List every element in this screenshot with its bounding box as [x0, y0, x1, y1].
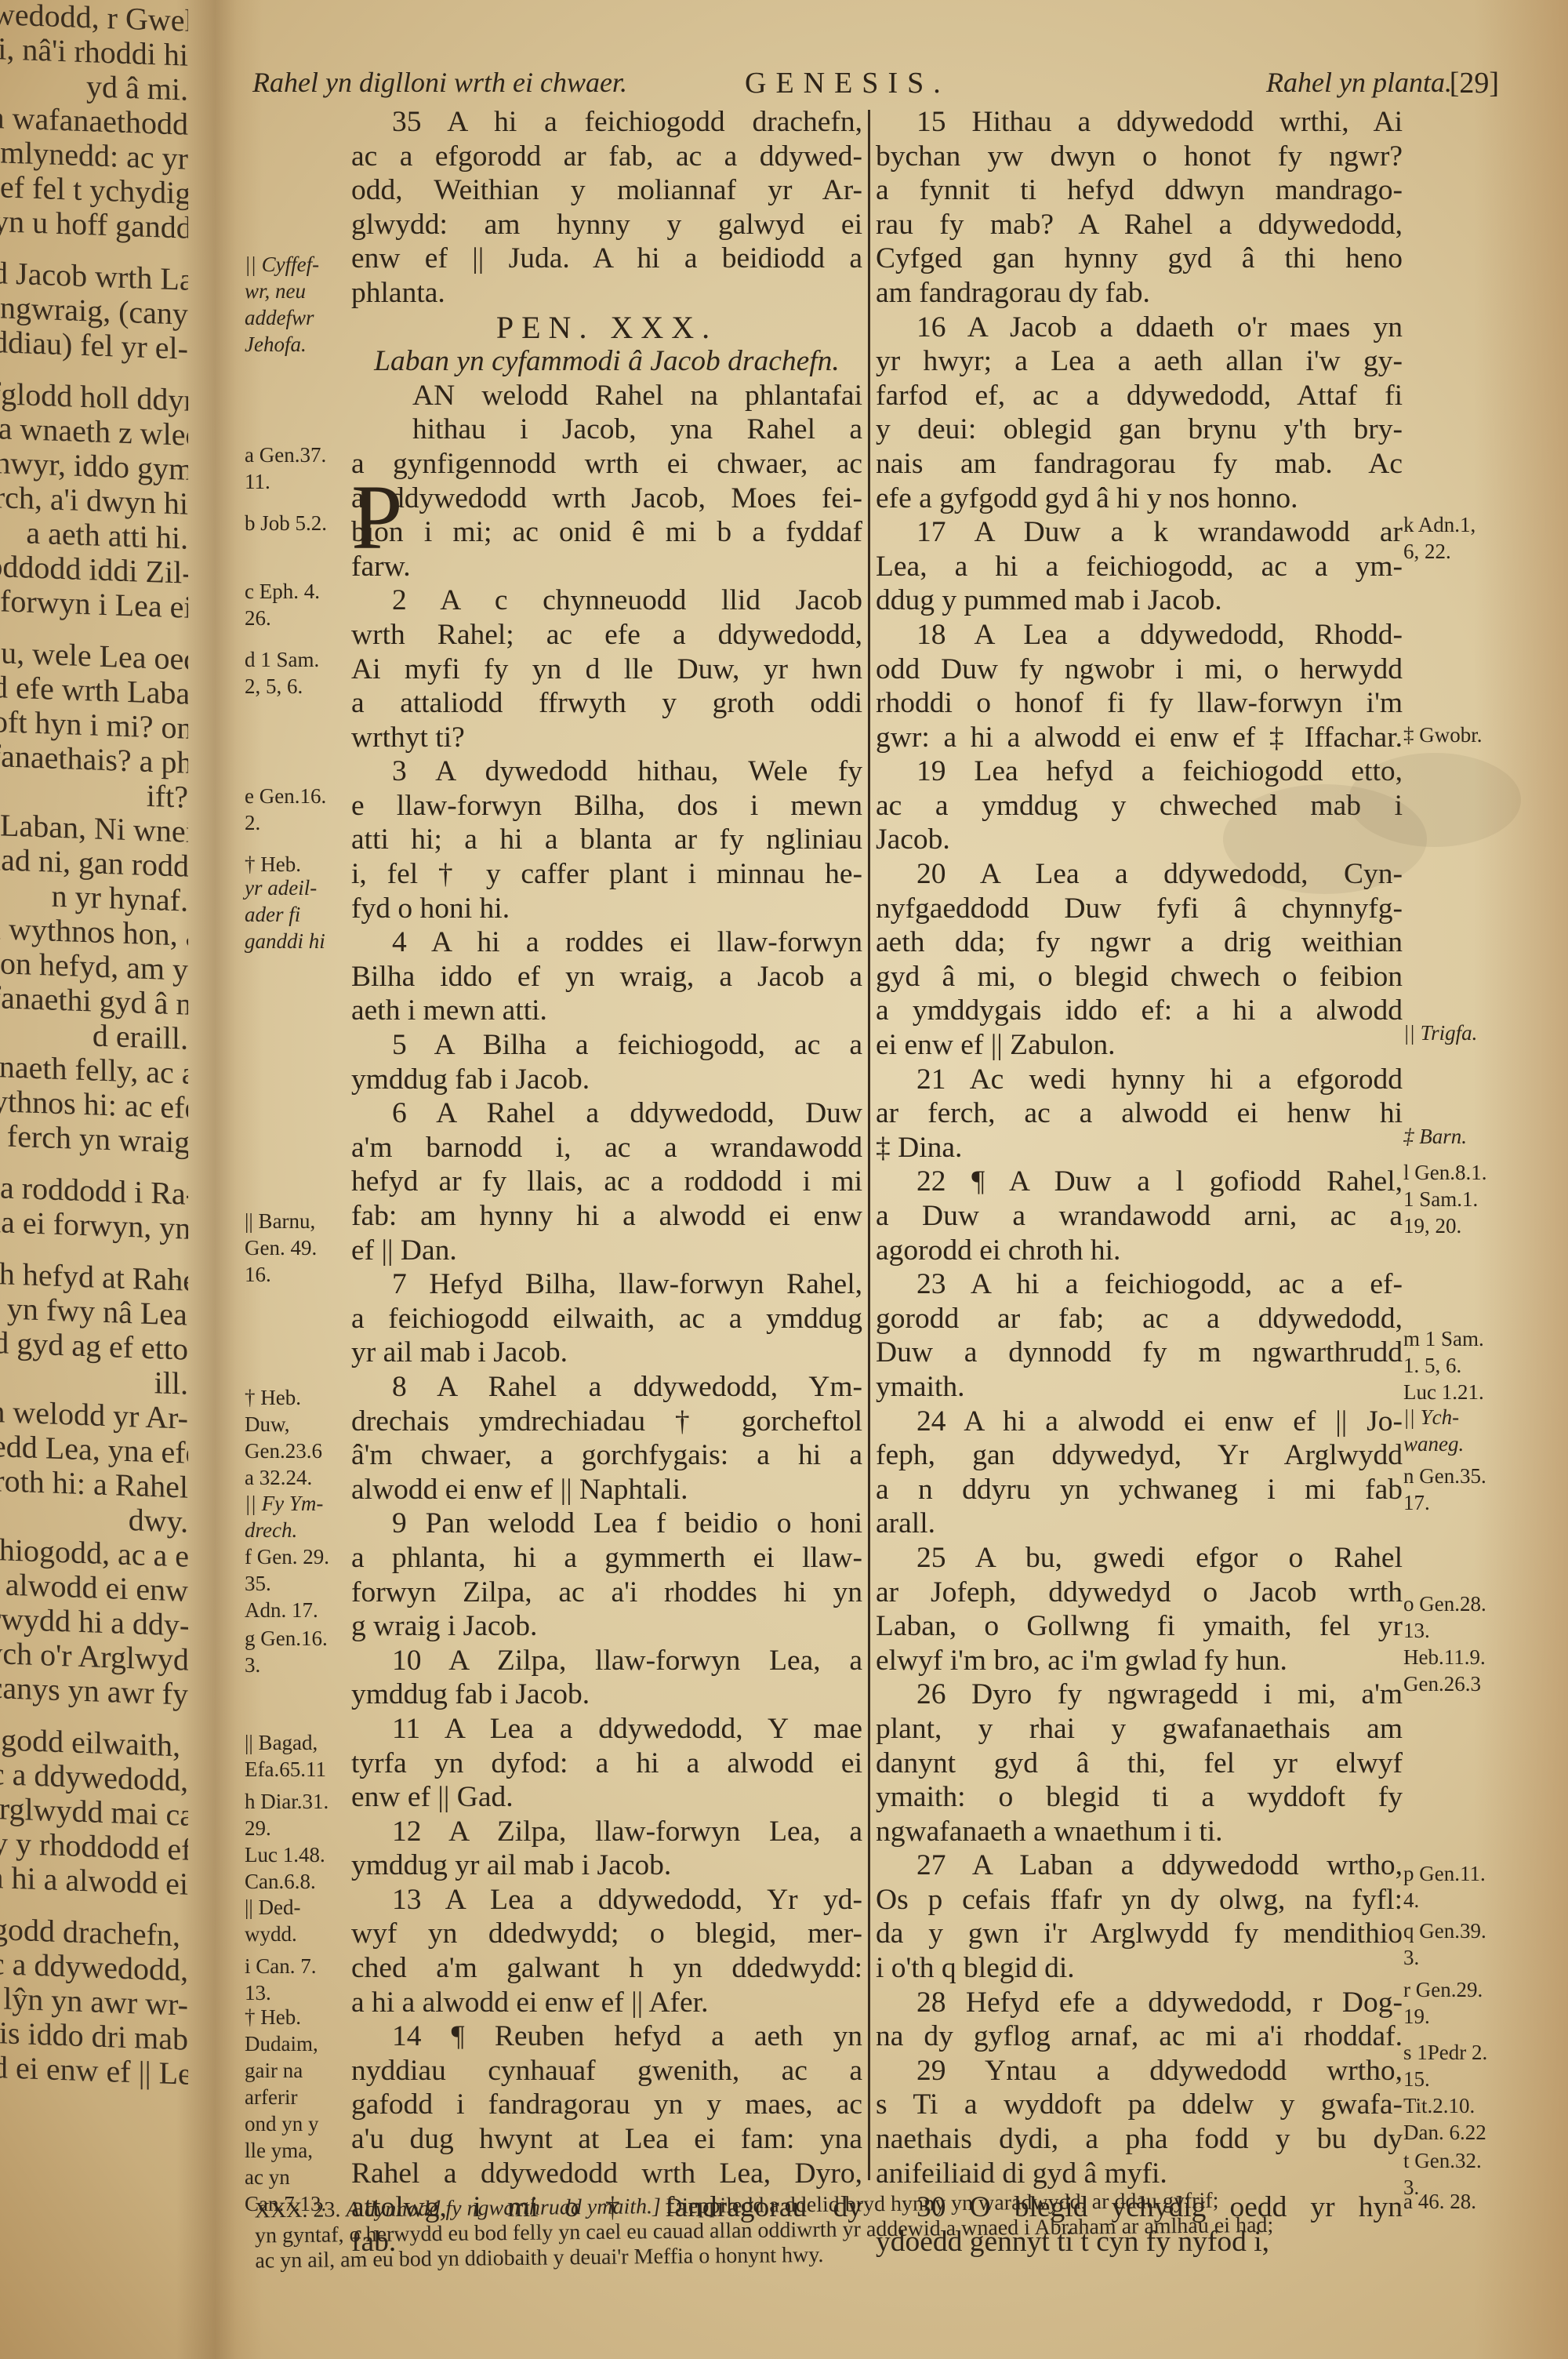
verse-line: 3 A dywedodd hithau, Wele fy — [351, 754, 862, 789]
verse-line: â'm chwaer, a gorchfygais: a hi a — [351, 1438, 862, 1473]
verse-line: ac a efgorodd ar fab, ac a ddywed- — [351, 140, 862, 174]
verso-page-fragment: ywedodd, r Gwellti, nâ'i rhoddi hiyd â m… — [0, 0, 188, 2359]
verse-line: efe a gyfgodd gyd â hi y nos honno. — [876, 482, 1403, 516]
page-edge-shadow — [1474, 0, 1568, 2359]
verse-line: a attaliodd ffrwyth y groth oddi — [351, 686, 862, 721]
verse-line: anifeiliaid di gyd â myfi. — [876, 2157, 1403, 2191]
footnote-lemma: A dynnodd fy ngwarthrudd ymaith.] — [346, 2194, 661, 2222]
margin-note: † Heb.Duw,Gen.23.6a 32.24. — [245, 1384, 322, 1491]
verso-line: hroth hi: a Rahel — [0, 1463, 188, 1504]
verse-line: a n ddyru yn ychwaneg i mi fab — [876, 1473, 1403, 1507]
margin-note: g Gen.16.3. — [245, 1625, 328, 1678]
margin-note-line: ond yn y — [245, 2110, 326, 2137]
verse-line: Lea, a hi a feichiogodd, ac a ym- — [876, 550, 1403, 584]
verse-line: yr hwyr; a Lea a aeth allan i'w gy- — [876, 344, 1403, 379]
margin-note: m 1 Sam.1. 5, 6.Luc 1.21. — [1403, 1325, 1484, 1405]
margin-note: † Heb. — [245, 851, 301, 878]
margin-note-line: Jehofa. — [245, 331, 319, 358]
verse-line: s Ti a wyddoft pa ddelw y gwafa- — [876, 2088, 1403, 2122]
margin-note-line: gair na — [245, 2057, 326, 2084]
margin-note: || Ych-waneg. — [1403, 1404, 1464, 1457]
margin-note-line: Dudaim, — [245, 2030, 326, 2057]
verse-line: y deui: oblegid gan brynu y'th bry- — [876, 413, 1403, 447]
verse-line: ymaith. — [876, 1370, 1403, 1405]
verse-line: 13 A Lea a ddywedodd, Yr yd- — [351, 1883, 862, 1917]
margin-note-line: ‡ Barn. — [1403, 1123, 1467, 1150]
margin-note-line: Dan. 6.22 — [1403, 2119, 1487, 2146]
verse-line: ei enw ef || Zabulon. — [876, 1028, 1403, 1063]
margin-note-line: a Gen.37. — [245, 442, 326, 468]
verse-line: nyfgaeddodd Duw fyfi â chynnyfg- — [876, 892, 1403, 926]
margin-note-line: h Diar.31. — [245, 1788, 328, 1815]
margin-note-line: || Bagad, — [245, 1729, 326, 1756]
verse-line: 22 ¶ A Duw a l gofiodd Rahel, — [876, 1165, 1403, 1199]
verse-line: a ddywedodd wrth Jacob, Moes fei- — [351, 482, 862, 516]
verse-line: e llaw-forwyn Bilha, dos i mewn — [351, 789, 862, 823]
text-column-2: 15 Hithau a ddywedodd wrthi, Aibychan yw… — [876, 105, 1403, 2259]
verse-line: alwodd ei enw ef || Naphtali. — [351, 1473, 862, 1507]
margin-note: f Gen. 29.35.Adn. 17. — [245, 1543, 329, 1623]
verse-line: arall. — [876, 1507, 1403, 1541]
margin-note: n Gen.35.17. — [1403, 1463, 1486, 1516]
margin-note-line: || Fy Ym- — [245, 1490, 323, 1517]
margin-note-line: 16. — [245, 1261, 317, 1288]
margin-note-line: 17. — [1403, 1489, 1486, 1516]
verse-line: phlanta. — [351, 276, 862, 311]
verse-line: gafodd i fandragorau yn y maes, ac — [351, 2088, 862, 2122]
verse-line: a feichiogodd eilwaith, ac a ymddug — [351, 1302, 862, 1336]
verse-line: ar Jofeph, ddywedyd o Jacob wrth — [876, 1576, 1403, 1610]
running-head: Rahel yn diglloni wrth ei chwaer. GENESI… — [252, 66, 1499, 105]
verso-line: b forwyn i Lea ei — [0, 583, 188, 624]
margin-note-line: f Gen. 29. — [245, 1543, 329, 1570]
verse-line: ymddug fab i Jacob. — [351, 1677, 862, 1712]
verse-line: ef || Dan. — [351, 1234, 862, 1268]
verse-line: bion i mi; ac onid ê mi b a fyddaf — [351, 515, 862, 550]
verse-line: i, fel † y caffer plant i minnau he- — [351, 857, 862, 892]
margin-note: h Diar.31.29.Luc 1.48.Can.6.8. — [245, 1788, 328, 1895]
margin-note-line: 4. — [1403, 1887, 1486, 1914]
verse-line: a'm barnodd i, ac a wrandawodd — [351, 1131, 862, 1165]
verse-line: 4 A hi a roddes ei llaw-forwyn — [351, 925, 862, 960]
margin-note-line: e Gen.16. — [245, 783, 326, 809]
margin-note-line: † Heb. — [245, 851, 301, 878]
margin-note: || Cyffef-wr, neuaddefwrJehofa. — [245, 251, 319, 358]
verse-line: gorodd ar fab; ac a ddywedodd, — [876, 1302, 1403, 1336]
margin-note-line: p Gen.11. — [1403, 1860, 1486, 1887]
margin-note-line: 1. 5, 6. — [1403, 1352, 1484, 1379]
margin-note: || Trigfa. — [1403, 1020, 1477, 1046]
margin-note-line: 2. — [245, 809, 326, 836]
verse-line: gwr: a hi a alwodd ei enw ef ‡ Iffachar. — [876, 721, 1403, 755]
margin-note-line: 2, 5, 6. — [245, 673, 319, 700]
drop-cap: P — [351, 478, 403, 557]
paper-stain — [1223, 784, 1427, 894]
verse-line: 5 A Bilha a feichiogodd, ac a — [351, 1028, 862, 1063]
verse-line: gyd â mi, o blegid chwech o feibion — [876, 960, 1403, 994]
verse-line: 35 A hi a feichiogodd drachefn, — [351, 105, 862, 140]
margin-note: p Gen.11.4. — [1403, 1860, 1486, 1914]
margin-note-line: † Heb. — [245, 2004, 326, 2030]
margin-note-line: || Cyffef- — [245, 251, 319, 278]
margin-note-line: waneg. — [1403, 1430, 1464, 1457]
verse-line: i o'th q blegid di. — [876, 1951, 1403, 1986]
margin-note-line: s 1Pedr 2. — [1403, 2039, 1487, 2066]
verse-line: enw ef || Gad. — [351, 1780, 862, 1815]
verse-line: odd, Weithian y moliannaf yr Ar- — [351, 173, 862, 208]
margin-note: || Ded-wydd. — [245, 1894, 301, 1947]
verse-line: naethais dydi, a pha fodd y bu dy — [876, 2122, 1403, 2157]
verse-line: 6 A Rahel a ddywedodd, Duw — [351, 1096, 862, 1131]
verse-line: farfod ef, ac a ddywedodd, Attaf fi — [876, 379, 1403, 413]
running-head-book-title: GENESIS. — [745, 66, 950, 100]
verse-line: 25 A bu, gwedi efgor o Rahel — [876, 1541, 1403, 1576]
margin-note-line: 13. — [1403, 1617, 1486, 1644]
verse-line: agorodd ei chroth hi. — [876, 1234, 1403, 1268]
verse-line: rau fy mab? A Rahel a ddywedodd, — [876, 208, 1403, 242]
verse-line: plant, y rhai y gwafanaethais am — [876, 1712, 1403, 1747]
margin-note-line: Gen. 49. — [245, 1234, 317, 1261]
verse-line: am fandragorau dy fab. — [876, 276, 1403, 311]
verse-line: ngwafanaeth a wnaethum i ti. — [876, 1815, 1403, 1849]
margin-note-line: wydd. — [245, 1921, 301, 1947]
verse-line: a phlanta, hi a gymmerth ei llaw- — [351, 1541, 862, 1576]
verso-line: afanaethi gyd â mi — [0, 980, 188, 1021]
margin-note-line: Luc 1.21. — [1403, 1379, 1484, 1405]
verso-line: afanaethais? a pha — [0, 738, 188, 780]
verse-line: elwyf i'm bro, ac i'm gwlad fy hun. — [876, 1644, 1403, 1678]
margin-note-line: b Job 5.2. — [245, 510, 327, 536]
verse-line: atti hi; a hi a blanta ar fy ngliniau — [351, 823, 862, 857]
margin-note-line: a 32.24. — [245, 1464, 322, 1491]
margin-note-line: 26. — [245, 605, 320, 631]
verse-line: glwydd: am hynny y galwyd ei — [351, 208, 862, 242]
margin-note-line: Heb.11.9. — [1403, 1644, 1486, 1670]
margin-note-line: r Gen.29. — [1403, 1976, 1483, 2003]
verse-line: ‡ Dina. — [876, 1131, 1403, 1165]
verse-line: 11 A Lea a ddywedodd, Y mae — [351, 1712, 862, 1747]
margin-note: † Heb.Dudaim,gair naarferirond yn ylle y… — [245, 2004, 326, 2217]
margin-note-line: † Heb. — [245, 1384, 322, 1411]
verso-line: dd gyd ag ef etto — [0, 1325, 188, 1366]
margin-note-line: || Barnu, — [245, 1208, 317, 1234]
verse-line: 2 A c chynneuodd llid Jacob — [351, 583, 862, 618]
verso-line: canys yn awr fy — [0, 1670, 188, 1711]
verse-line: Laban, o Gollwng fi ymaith, fel yr — [876, 1609, 1403, 1644]
margin-note-line: t Gen.32. — [1403, 2147, 1482, 2174]
margin-note-line: c Eph. 4. — [245, 578, 320, 605]
verse-line: farw. — [351, 550, 862, 584]
margin-note-line: ac yn — [245, 2164, 326, 2190]
verso-line: yddiau) fel yr el- — [0, 324, 188, 365]
margin-note-line: || Ded- — [245, 1894, 301, 1921]
verse-line: hefyd ar fy llais, ac a roddodd i mi — [351, 1165, 862, 1199]
margin-note-line: Gen.26.3 — [1403, 1670, 1486, 1697]
running-head-left: Rahel yn diglloni wrth ei chwaer. — [252, 66, 627, 99]
verse-line: enw ef || Juda. A hi a beidiodd a — [351, 242, 862, 276]
verse-line: 7 Hefyd Bilha, llaw-forwyn Rahel, — [351, 1267, 862, 1302]
verse-line: Rahel a ddywedodd wrth Lea, Dyro, — [351, 2157, 862, 2191]
margin-note: l Gen.8.1.1 Sam.1.19, 20. — [1403, 1159, 1486, 1239]
margin-note-line: m 1 Sam. — [1403, 1325, 1484, 1352]
margin-note-line: 35. — [245, 1570, 329, 1597]
margin-note: b Job 5.2. — [245, 510, 327, 536]
verse-line: a ymddygais iddo ef: a hi a alwodd — [876, 994, 1403, 1028]
margin-note-line: addefwr — [245, 304, 319, 331]
margin-note-line: Adn. 17. — [245, 1597, 329, 1623]
margin-note-line: i Can. 7. — [245, 1953, 317, 1979]
margin-note-line: 3. — [1403, 1944, 1486, 1971]
verso-line: a hi a alwodd ei — [0, 1859, 188, 1901]
verse-line: 17 A Duw a k wrandawodd ar — [876, 515, 1403, 550]
chapter-summary: Laban yn cyfammodi â Jacob drachefn. — [351, 344, 862, 379]
verse-line: feph, gan ddywedyd, Yr Arglwydd — [876, 1438, 1403, 1473]
verse-line: a'u dug hwynt at Lea ei fam: yna — [351, 2122, 862, 2157]
margin-note-line: 13. — [245, 1979, 317, 2006]
verse-line: Bilha iddo ef yn wraig, a Jacob a — [351, 960, 862, 994]
margin-note-line: 19. — [1403, 2003, 1483, 2030]
margin-note-line: Tit.2.10. — [1403, 2092, 1487, 2119]
margin-note-line: lle yma, — [245, 2137, 326, 2164]
verse-line: nyddiau cynhauaf gwenith, ac a — [351, 2054, 862, 2088]
margin-note-line: o Gen.28. — [1403, 1590, 1486, 1617]
margin-note-line: || Ych- — [1403, 1404, 1464, 1430]
verse-line: 29 Yntau a ddywedodd wrtho, — [876, 2054, 1403, 2088]
verse-line: ar ferch, ac a alwodd ei henw hi — [876, 1096, 1403, 1131]
verso-line: lha ei forwyn, yn — [0, 1204, 188, 1245]
margin-note-line: q Gen.39. — [1403, 1917, 1486, 1944]
verse-line: a hi a alwodd ei enw ef || Afer. — [351, 1986, 862, 2020]
verse-line: aeth dda; fy ngwr a drig weithian — [876, 925, 1403, 960]
verse-line: odd Duw fy ngwobr i mi, o herwydd — [876, 652, 1403, 687]
margin-note-line: ader fi — [245, 901, 325, 928]
margin-note-line: ‡ Gwobr. — [1403, 722, 1483, 748]
verse-line: ymaith: o blegid ti a wyddoft fy — [876, 1780, 1403, 1815]
verse-line: hithau i Jacob, yna Rahel a — [351, 413, 862, 447]
verso-line: ti, nâ'i rhoddi hi — [0, 31, 188, 72]
margin-note-line: n Gen.35. — [1403, 1463, 1486, 1489]
verso-line: l yn u hoff ganddo — [0, 203, 188, 245]
verse-line: wrthyt ti? — [351, 721, 862, 755]
margin-note: c Eph. 4.26. — [245, 578, 320, 631]
verse-line: ddug y pummed mab i Jacob. — [876, 583, 1403, 618]
margin-note: ‡ Barn. — [1403, 1123, 1467, 1150]
verse-line: a Duw a wrandawodd arni, ac a — [876, 1199, 1403, 1234]
verse-line: ymddug fab i Jacob. — [351, 1063, 862, 1097]
verse-line: a fynnit ti hefyd ddwyn mandrago- — [876, 173, 1403, 208]
margin-note-line: ganddi hi — [245, 928, 325, 954]
running-head-right: Rahel yn planta. — [1266, 66, 1452, 99]
verse-line: danynt gyd â thi, fel yr elwyf — [876, 1747, 1403, 1781]
verse-line: 12 A Zilpa, llaw-forwyn Lea, a — [351, 1815, 862, 1849]
margin-note-line: arferir — [245, 2084, 326, 2110]
margin-note: yr adeil-ader figanddi hi — [245, 874, 325, 954]
verse-line: 28 Hefyd efe a ddywedodd, r Dog- — [876, 1986, 1403, 2020]
verse-line: tyrfa yn dyfod: a hi a alwodd ei — [351, 1747, 862, 1781]
margin-note: d 1 Sam.2, 5, 6. — [245, 646, 319, 700]
margin-note-line: 1 Sam.1. — [1403, 1186, 1486, 1212]
margin-note: a Gen.37.11. — [245, 442, 326, 495]
verse-line: Os p cefais ffafr yn dy olwg, na fyfl: — [876, 1883, 1403, 1917]
verse-line: wyf yn ddedwydd; o blegid, mer- — [351, 1917, 862, 1951]
verse-line: fyd o honi hi. — [351, 892, 862, 926]
verse-line: da y gwn i'r Arglwydd fy mendithio — [876, 1917, 1403, 1951]
margin-note-line: g Gen.16. — [245, 1625, 328, 1652]
margin-note-line: 19, 20. — [1403, 1212, 1486, 1239]
verse-line: 8 A Rahel a ddywedodd, Ym- — [351, 1370, 862, 1405]
verse-line: Cyfged gan hynny gyd â thi heno — [876, 242, 1403, 276]
verse-line: fab: am hynny hi a alwodd ei enw — [351, 1199, 862, 1234]
verso-line: vlad ni, gan roddi — [0, 841, 188, 883]
verse-line: 23 A hi a feichiogodd, ac a ef- — [876, 1267, 1403, 1302]
chapter-title: PEN. XXX. — [351, 311, 862, 345]
verse-line: 21 Ac wedi hynny hi a efgorodd — [876, 1063, 1403, 1097]
margin-note: q Gen.39.3. — [1403, 1917, 1486, 1971]
verso-line: yd ei enw ef || Lefi. — [0, 2049, 188, 2091]
verse-line: bychan yw dwyn o honot fy ngwr? — [876, 140, 1403, 174]
margin-note-line: || Trigfa. — [1403, 1020, 1477, 1046]
verse-line: Ai myfi fy yn d lle Duw, yr hwn — [351, 652, 862, 687]
verse-line: 10 A Zilpa, llaw-forwyn Lea, a — [351, 1644, 862, 1678]
margin-note-line: 6, 22. — [1403, 538, 1475, 565]
verse-line: a gynfigennodd wrth ei chwaer, ac — [351, 447, 862, 482]
margin-note: e Gen.16.2. — [245, 783, 326, 836]
margin-note-line: Efa.65.11 — [245, 1756, 326, 1783]
verse-line: 16 A Jacob a ddaeth o'r maes yn — [876, 311, 1403, 345]
verse-line: 9 Pan welodd Lea f beidio o honi — [351, 1507, 862, 1541]
verse-line: Duw a dynnodd fy m ngwarthrudd — [876, 1336, 1403, 1370]
verse-line: nais am fandragorau fy mab. Ac — [876, 447, 1403, 482]
margin-note-line: Gen.23.6 — [245, 1438, 322, 1464]
text-column-1: 35 A hi a feichiogodd drachefn,ac a efgo… — [351, 105, 862, 2259]
margin-note-line: 3. — [245, 1652, 328, 1678]
footnote: XXX. 23. A dynnodd fy ngwarthrudd ymaith… — [255, 2186, 1526, 2274]
margin-note-line: 29. — [245, 1815, 328, 1841]
margin-note: || Fy Ym-drech. — [245, 1490, 323, 1543]
page-number: [29] — [1450, 66, 1499, 100]
margin-note-line: 15. — [1403, 2066, 1487, 2092]
margin-note-line: Luc 1.48. — [245, 1841, 328, 1868]
margin-note: o Gen.28.13.Heb.11.9.Gen.26.3 — [1403, 1590, 1486, 1697]
verse-line: ymddug yr ail mab i Jacob. — [351, 1848, 862, 1883]
margin-note: k Adn.1,6, 22. — [1403, 511, 1475, 565]
verse-line: 26 Dyro fy ngwragedd i mi, a'm — [876, 1677, 1403, 1712]
verse-line: wrth Rahel; ac efe a ddywedodd, — [351, 618, 862, 652]
verse-line: AN welodd Rahel na phlantafai — [351, 379, 862, 413]
verse-line: rhoddi o honof fi fy llaw-forwyn i'm — [876, 686, 1403, 721]
margin-note-line: yr adeil- — [245, 874, 325, 901]
verse-line: forwyn Zilpa, ac a'i rhoddes hi yn — [351, 1576, 862, 1610]
verse-line: 14 ¶ Reuben hefyd a aeth yn — [351, 2019, 862, 2054]
margin-note-line: l Gen.8.1. — [1403, 1159, 1486, 1186]
footnote-ref: XXX. 23. — [255, 2197, 341, 2223]
margin-note-line: 11. — [245, 468, 326, 495]
column-divider-rule — [868, 110, 870, 2180]
margin-note-line: Duw, — [245, 1411, 322, 1438]
margin-note-line: k Adn.1, — [1403, 511, 1475, 538]
verse-line: ched a'm galwant h yn ddedwydd: — [351, 1951, 862, 1986]
margin-note: ‡ Gwobr. — [1403, 722, 1483, 748]
margin-note-line: drech. — [245, 1517, 323, 1543]
margin-note-line: d 1 Sam. — [245, 646, 319, 673]
verse-line: 18 A Lea a ddywedodd, Rhodd- — [876, 618, 1403, 652]
margin-note: || Barnu,Gen. 49.16. — [245, 1208, 317, 1288]
verse-line: 15 Hithau a ddywedodd wrthi, Ai — [876, 105, 1403, 140]
verse-line: g wraig i Jacob. — [351, 1609, 862, 1644]
margin-note-line: Can.6.8. — [245, 1868, 328, 1895]
margin-note: r Gen.29.19. — [1403, 1976, 1483, 2030]
verse-line: 27 A Laban a ddywedodd wrtho, — [876, 1848, 1403, 1883]
margin-note: s 1Pedr 2.15.Tit.2.10.Dan. 6.22 — [1403, 2039, 1487, 2146]
verse-line: drechais ymdrechiadau † gorcheftol — [351, 1405, 862, 1439]
verse-line: aeth i mewn atti. — [351, 994, 862, 1028]
margin-note: i Can. 7.13. — [245, 1953, 317, 2006]
verse-line: na dy gyflog arnaf, ac mi a'i rhoddaf. — [876, 2019, 1403, 2054]
margin-note: || Bagad,Efa.65.11 — [245, 1729, 326, 1783]
margin-note-line: wr, neu — [245, 278, 319, 304]
verso-line: ei ferch yn wraig — [0, 1118, 188, 1159]
verse-line: yr ail mab i Jacob. — [351, 1336, 862, 1370]
verse-line: 24 A hi a alwodd ei enw ef || Jo- — [876, 1405, 1403, 1439]
